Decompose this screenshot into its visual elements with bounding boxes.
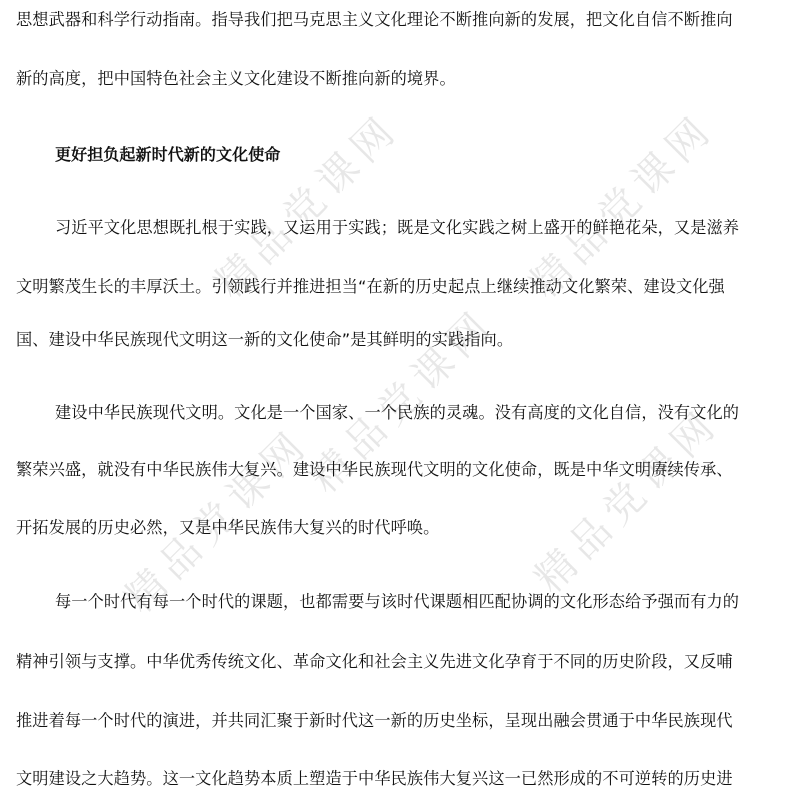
paragraph-3-line: 每一个时代有每一个时代的课题，也都需要与该时代课题相匹配协调的文化形态给予强而有… <box>55 592 785 612</box>
text-line: 思想武器和科学行动指南。指导我们把马克思主义文化理论不断推向新的发展，把文化自信… <box>16 10 786 30</box>
paragraph-3-line: 文明建设之大趋势。这一文化趋势本质上塑造于中华民族伟大复兴这一已然形成的不可逆转… <box>16 769 786 789</box>
text-line: 新的高度，把中国特色社会主义文化建设不断推向新的境界。 <box>16 69 786 89</box>
document-page: 精品党课网 精品党课网 精品党课网 精品党课网 精品党课网 思想武器和科学行动指… <box>0 0 800 800</box>
section-heading: 更好担负起新时代新的文化使命 <box>55 145 785 165</box>
paragraph-1-line: 文明繁茂生长的丰厚沃土。引领践行并推进担当“在新的历史起点上继续推动文化繁荣、建… <box>16 277 786 297</box>
paragraph-1-line: 习近平文化思想既扎根于实践，又运用于实践；既是文化实践之树上盛开的鲜艳花朵，又是… <box>55 218 785 238</box>
paragraph-2-line: 开拓发展的历史必然，又是中华民族伟大复兴的时代呼唤。 <box>16 518 786 538</box>
paragraph-1-line: 国、建设中华民族现代文明这一新的文化使命”是其鲜明的实践指向。 <box>16 330 786 350</box>
paragraph-2-line: 建设中华民族现代文明。文化是一个国家、一个民族的灵魂。没有高度的文化自信，没有文… <box>55 403 785 423</box>
paragraph-3-line: 精神引领与支撑。中华优秀传统文化、革命文化和社会主义先进文化孕育于不同的历史阶段… <box>16 652 786 672</box>
paragraph-2-line: 繁荣兴盛，就没有中华民族伟大复兴。建设中华民族现代文明的文化使命，既是中华文明赓… <box>16 460 786 480</box>
paragraph-3-line: 推进着每一个时代的演进，并共同汇聚于新时代这一新的历史坐标，呈现出融会贯通于中华… <box>16 711 786 731</box>
watermark: 精品党课网 <box>520 393 730 603</box>
